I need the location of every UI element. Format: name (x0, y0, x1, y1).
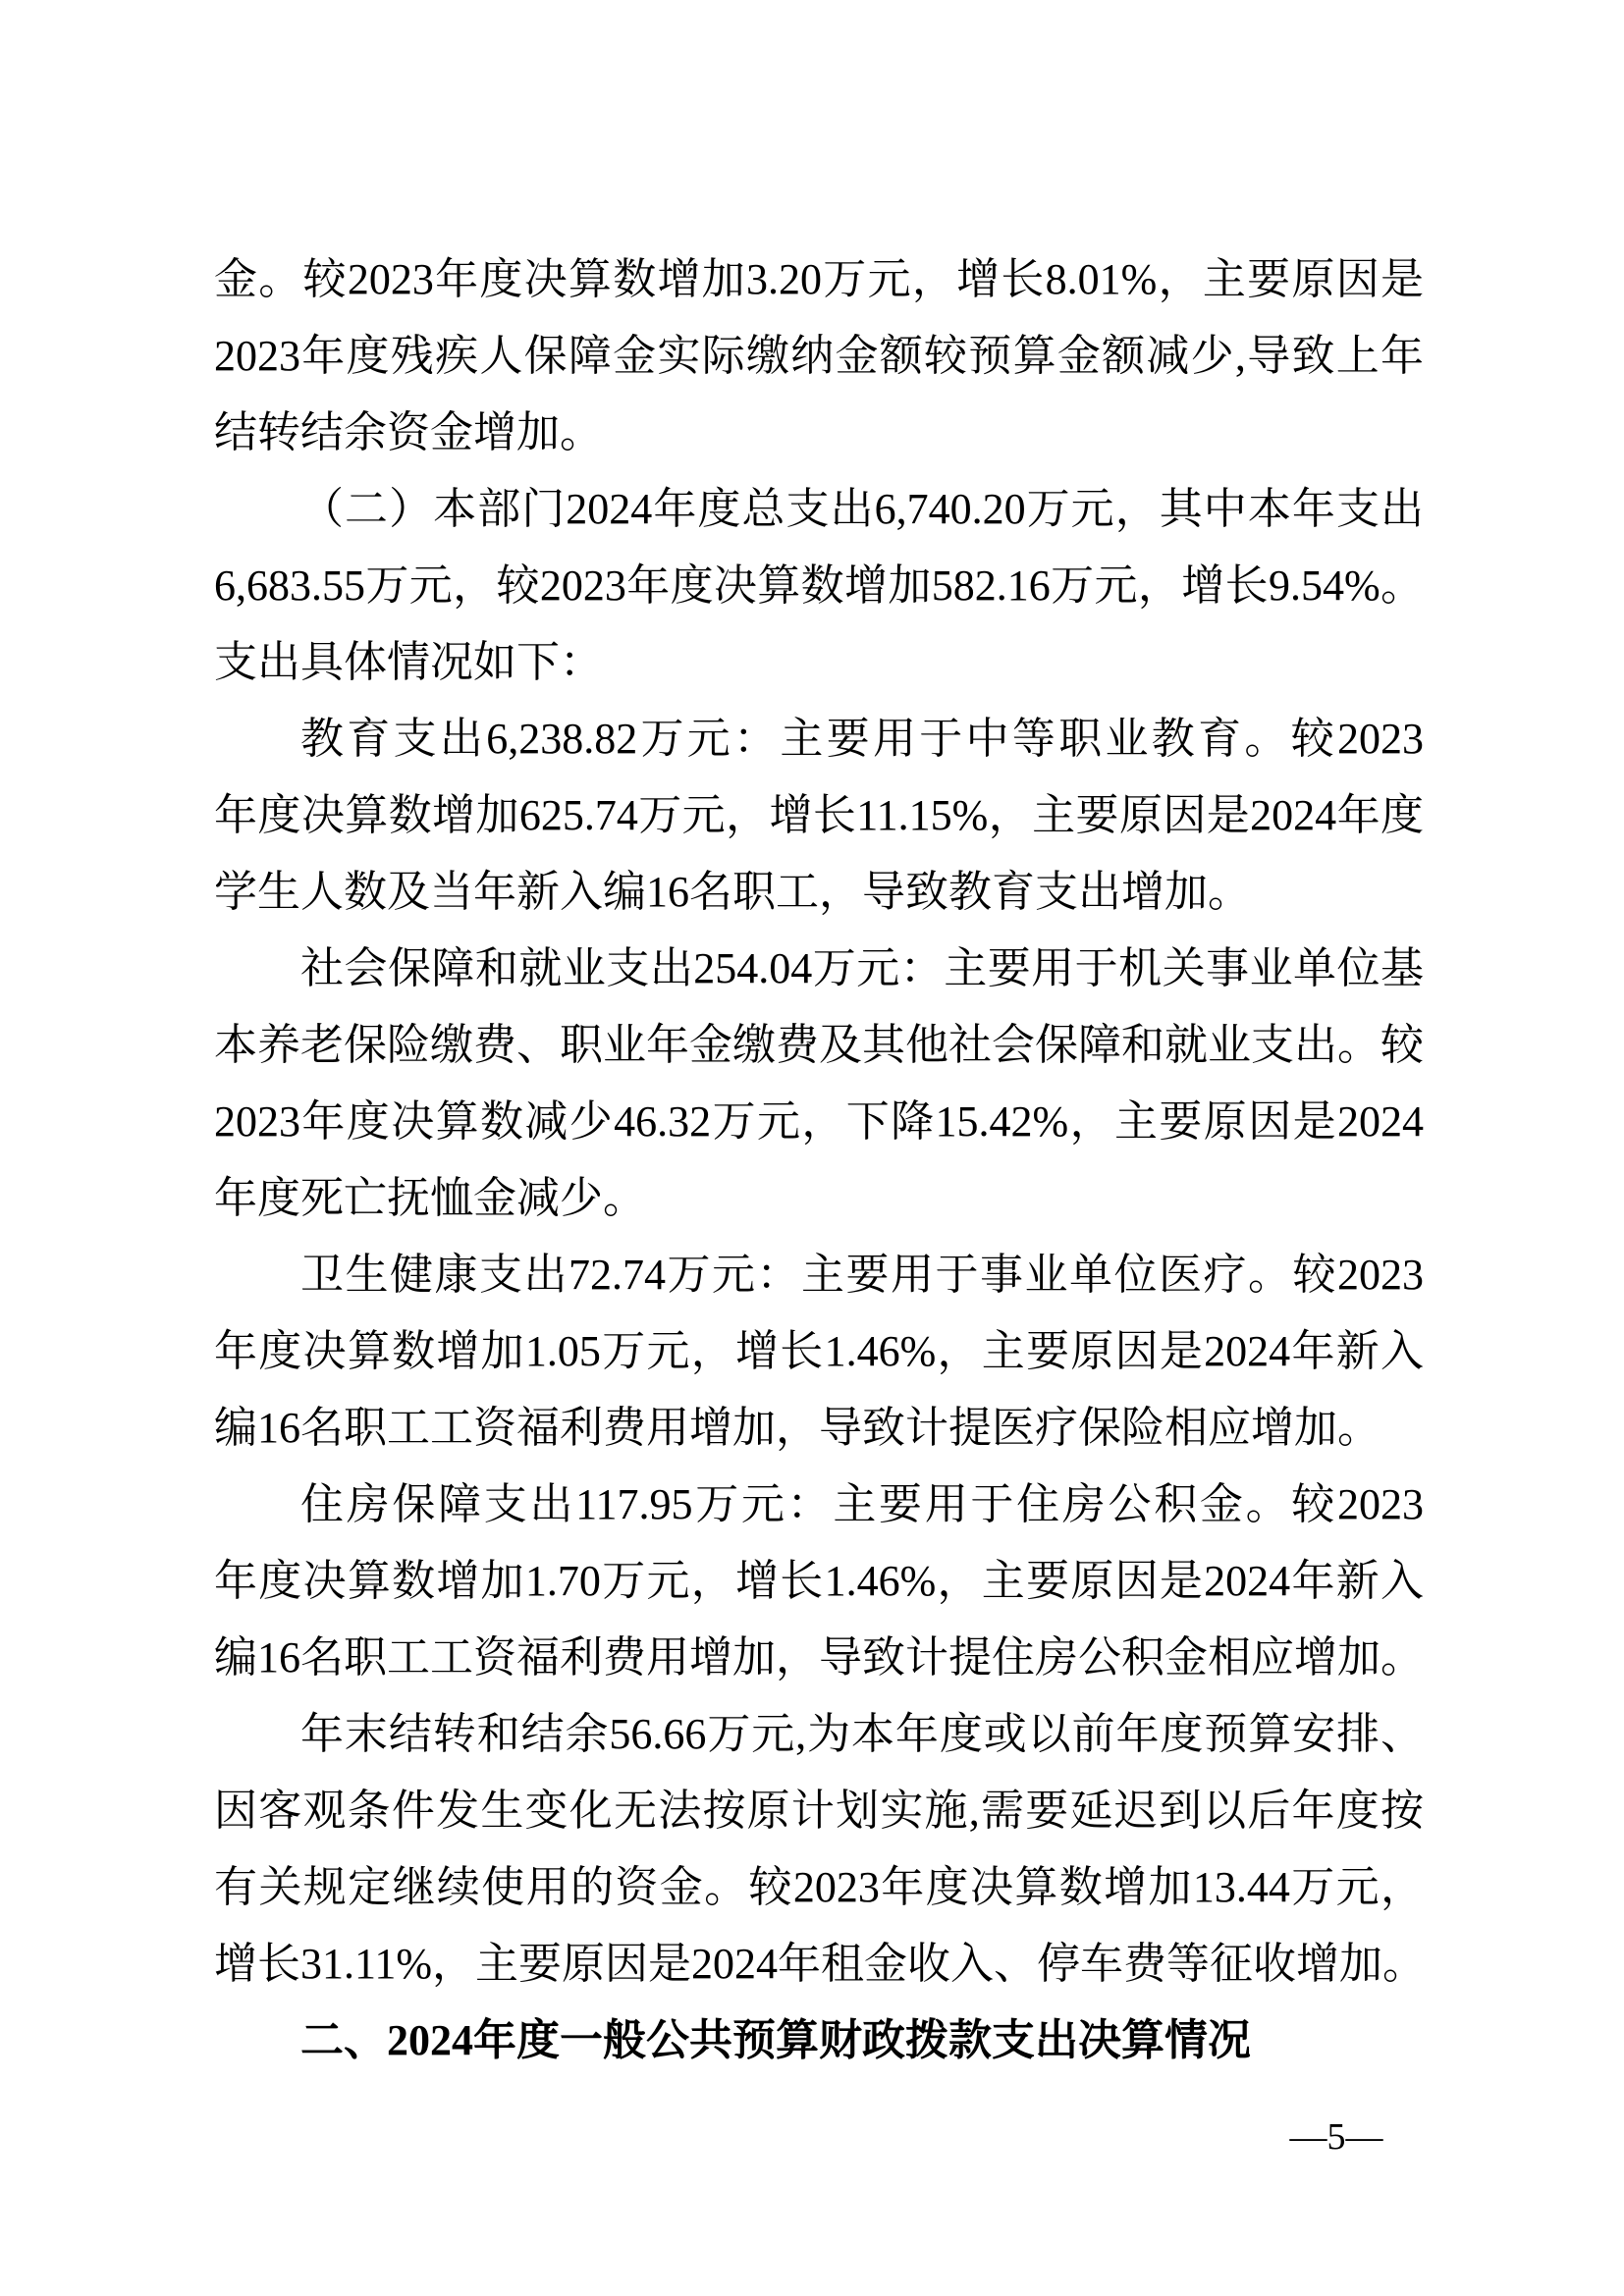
text-line: 卫生健康支出72.74万元：主要用于事业单位医疗。较2023 (214, 1237, 1424, 1313)
text-line: 年度决算数增加1.05万元，增长1.46%，主要原因是2024年新入 (214, 1313, 1424, 1390)
text-line: 增长31.11%，主要原因是2024年租金收入、停车费等征收增加。 (214, 1926, 1424, 2002)
text-line: （二）本部门2024年度总支出6,740.20万元，其中本年支出 (214, 471, 1424, 548)
text-line: 年末结转和结余56.66万元,为本年度或以前年度预算安排、 (214, 1696, 1424, 1773)
text-line: 住房保障支出117.95万元：主要用于住房公积金。较2023 (214, 1467, 1424, 1543)
section-heading: 二、2024年度一般公共预算财政拨款支出决算情况 (214, 2002, 1424, 2079)
text-line: 本养老保险缴费、职业年金缴费及其他社会保障和就业支出。较 (214, 1007, 1424, 1084)
document-page: 金。较2023年度决算数增加3.20万元，增长8.01%，主要原因是2023年度… (0, 0, 1624, 2296)
text-line: 因客观条件发生变化无法按原计划实施,需要延迟到以后年度按 (214, 1773, 1424, 1849)
text-line: 社会保障和就业支出254.04万元：主要用于机关事业单位基 (214, 931, 1424, 1007)
paragraph: （二）本部门2024年度总支出6,740.20万元，其中本年支出6,683.55… (214, 471, 1424, 701)
document-paragraphs: 金。较2023年度决算数增加3.20万元，增长8.01%，主要原因是2023年度… (214, 241, 1424, 2079)
paragraph: 社会保障和就业支出254.04万元：主要用于机关事业单位基本养老保险缴费、职业年… (214, 931, 1424, 1237)
page-number: —5— (1284, 2116, 1388, 2158)
text-line: 2023年度决算数减少46.32万元，下降15.42%，主要原因是2024 (214, 1084, 1424, 1160)
paragraph: 金。较2023年度决算数增加3.20万元，增长8.01%，主要原因是2023年度… (214, 241, 1424, 471)
text-line: 金。较2023年度决算数增加3.20万元，增长8.01%，主要原因是 (214, 241, 1424, 318)
text-line: 2023年度残疾人保障金实际缴纳金额较预算金额减少,导致上年 (214, 318, 1424, 395)
paragraph: 教育支出6,238.82万元：主要用于中等职业教育。较2023年度决算数增加62… (214, 701, 1424, 931)
text-line: 年度决算数增加625.74万元，增长11.15%，主要原因是2024年度 (214, 777, 1424, 854)
text-line: 学生人数及当年新入编16名职工，导致教育支出增加。 (214, 854, 1424, 931)
text-line: 有关规定继续使用的资金。较2023年度决算数增加13.44万元， (214, 1849, 1424, 1926)
text-line: 支出具体情况如下： (214, 624, 1424, 701)
paragraph: 卫生健康支出72.74万元：主要用于事业单位医疗。较2023年度决算数增加1.0… (214, 1237, 1424, 1467)
section-heading-line: 二、2024年度一般公共预算财政拨款支出决算情况 (214, 2002, 1424, 2079)
text-line: 年度死亡抚恤金减少。 (214, 1160, 1424, 1237)
text-line: 结转结余资金增加。 (214, 395, 1424, 471)
text-line: 编16名职工工资福利费用增加，导致计提医疗保险相应增加。 (214, 1390, 1424, 1467)
text-line: 6,683.55万元，较2023年度决算数增加582.16万元，增长9.54%。 (214, 548, 1424, 624)
text-line: 教育支出6,238.82万元：主要用于中等职业教育。较2023 (214, 701, 1424, 777)
text-line: 编16名职工工资福利费用增加，导致计提住房公积金相应增加。 (214, 1620, 1424, 1696)
text-line: 年度决算数增加1.70万元，增长1.46%，主要原因是2024年新入 (214, 1543, 1424, 1620)
paragraph: 年末结转和结余56.66万元,为本年度或以前年度预算安排、因客观条件发生变化无法… (214, 1696, 1424, 2002)
paragraph: 住房保障支出117.95万元：主要用于住房公积金。较2023年度决算数增加1.7… (214, 1467, 1424, 1696)
